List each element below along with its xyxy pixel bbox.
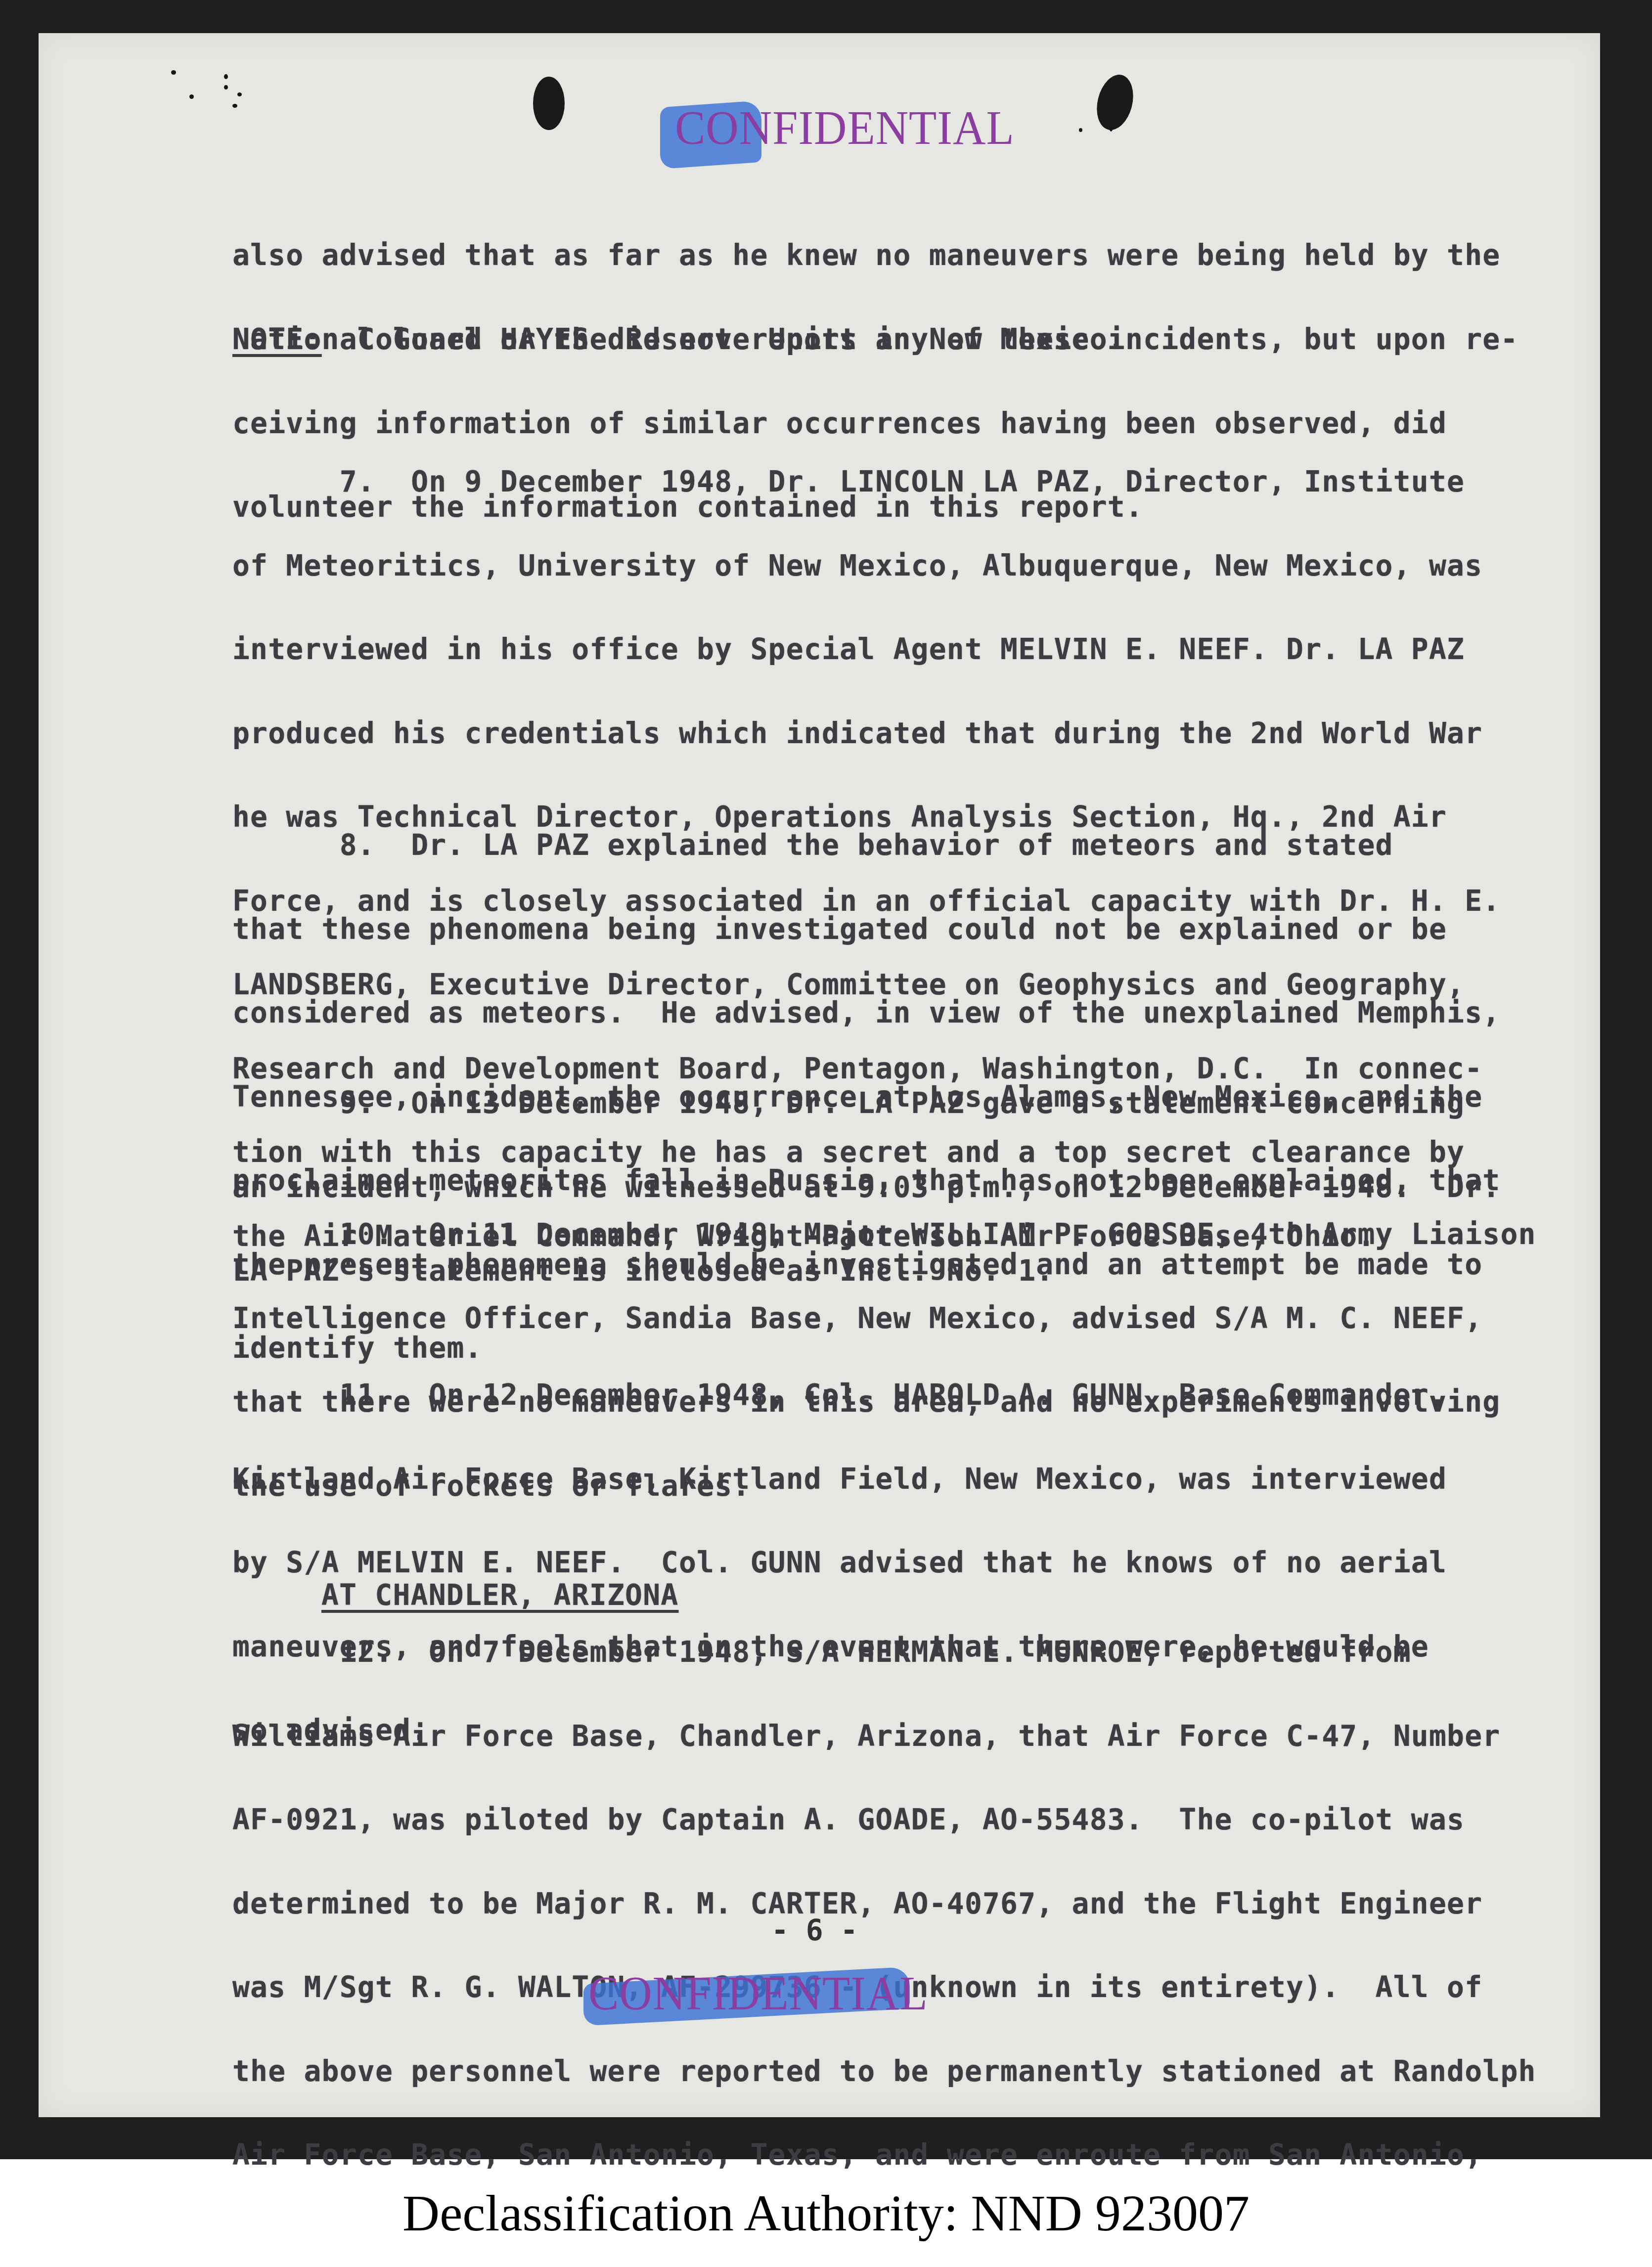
- text-line: also advised that as far as he knew no m…: [232, 241, 1500, 269]
- text-line: the above personnel were reported to be …: [232, 2057, 1536, 2086]
- speck: [171, 70, 176, 75]
- classification-stamp-bottom: CONFIDENTIAL: [588, 1969, 928, 2017]
- text-line: 9. On 13 December 1948, Dr. LA PAZ gave …: [232, 1089, 1500, 1117]
- speck: [1110, 127, 1113, 132]
- speck: [224, 85, 228, 89]
- text-line: 11. On 12 December 1948, Col. HAROLD A. …: [232, 1381, 1447, 1409]
- speck: [224, 74, 228, 79]
- text-line: AF-0921, was piloted by Captain A. GOADE…: [232, 1806, 1536, 1834]
- text-line: of Meteoritics, University of New Mexico…: [232, 552, 1500, 580]
- note-label: NOTE:: [232, 322, 322, 356]
- speck: [232, 104, 237, 108]
- page-number: - 6 -: [771, 1913, 858, 1947]
- text-line: that these phenomena being investigated …: [232, 915, 1500, 943]
- text-line: Colonel HAYES did not report any of thes…: [322, 322, 1518, 356]
- punch-hole-left: [533, 77, 565, 130]
- text-line: interviewed in his office by Special Age…: [232, 635, 1500, 664]
- paragraph-12: 12. On 7 December 1948, S/A HERMAN E. MU…: [232, 1582, 1536, 2197]
- speck: [189, 94, 194, 99]
- text-line: determined to be Major R. M. CARTER, AO-…: [232, 1890, 1536, 1918]
- text-line: 8. Dr. LA PAZ explained the behavior of …: [232, 831, 1500, 859]
- text-line: 12. On 7 December 1948, S/A HERMAN E. MU…: [232, 1638, 1536, 1666]
- text-line: 7. On 9 December 1948, Dr. LINCOLN LA PA…: [232, 468, 1500, 496]
- classification-stamp-top: CONFIDENTIAL: [675, 104, 1015, 152]
- speck: [1079, 128, 1082, 132]
- speck: [237, 92, 242, 96]
- text-line: Williams Air Force Base, Chandler, Arizo…: [232, 1722, 1536, 1750]
- text-line: considered as meteors. He advised, in vi…: [232, 999, 1500, 1027]
- declassification-caption: Declassification Authority: NND 923007: [0, 2159, 1652, 2267]
- text-line: 10. On 11 December 1948, Major WILLIAM P…: [232, 1220, 1536, 1248]
- text-line: produced his credentials which indicated…: [232, 719, 1500, 748]
- text-line: Kirtland Air Force Base, Kirtland Field,…: [232, 1465, 1447, 1493]
- punch-hole-right: [1091, 71, 1139, 134]
